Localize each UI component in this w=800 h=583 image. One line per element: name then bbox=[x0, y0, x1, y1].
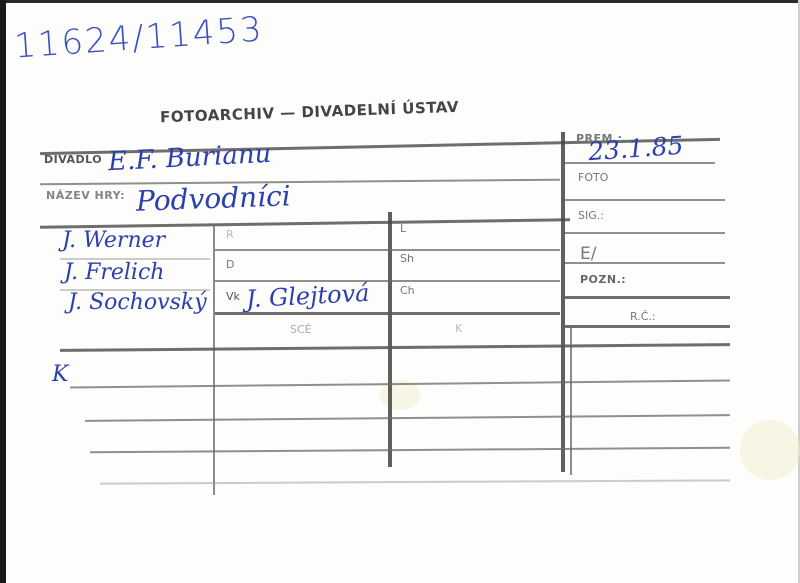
sig-label: SIG.: bbox=[578, 209, 604, 222]
credit-3: J. Sochovský bbox=[68, 290, 207, 315]
rule bbox=[215, 280, 560, 282]
rule bbox=[100, 479, 730, 484]
rule bbox=[565, 262, 725, 264]
rule bbox=[565, 232, 725, 234]
inventory-number: 11624/11453 bbox=[13, 9, 265, 66]
rok-label: R.Č.: bbox=[630, 310, 656, 323]
credit-1: J. Werner bbox=[62, 228, 165, 253]
rule bbox=[215, 249, 560, 251]
scan-edge-top bbox=[0, 0, 800, 3]
premiera-value: 23.1.85 bbox=[587, 131, 684, 167]
paper-stain bbox=[740, 420, 800, 480]
right-box-border bbox=[561, 132, 565, 472]
grid-label-vk: Vk bbox=[226, 290, 240, 303]
rule bbox=[40, 179, 560, 186]
vk-value: J. Glejtová bbox=[245, 279, 370, 313]
grid-divider-left bbox=[213, 225, 215, 495]
rule bbox=[565, 162, 715, 164]
grid-divider-right bbox=[570, 325, 572, 475]
divadlo-value: E.F. Burianu bbox=[107, 139, 272, 178]
grid-label-d: D bbox=[226, 258, 234, 271]
rule bbox=[565, 199, 725, 201]
grid-label-ch: Ch bbox=[400, 284, 415, 297]
e-label: E/ bbox=[580, 244, 596, 264]
rule bbox=[565, 296, 730, 299]
rule bbox=[85, 414, 730, 422]
foto-label: FOTO bbox=[578, 171, 608, 184]
grid-label-r: R bbox=[226, 228, 234, 241]
nazev-hry-value: Podvodníci bbox=[135, 179, 291, 217]
credit-mark: K bbox=[52, 362, 68, 387]
credit-2: J. Frelich bbox=[64, 260, 164, 285]
rule bbox=[215, 312, 560, 315]
nazev-hry-label: NÁZEV HRY: bbox=[46, 189, 125, 202]
rule bbox=[60, 343, 730, 352]
grid-label-sce: SCÉ bbox=[290, 323, 312, 336]
archive-stamp-header: FOTOARCHIV — DIVADELNÍ ÚSTAV bbox=[160, 98, 459, 126]
grid-label-l: L bbox=[400, 222, 406, 235]
divadlo-label: DIVADLO bbox=[44, 153, 102, 166]
pozn-label: POZN.: bbox=[580, 273, 626, 286]
grid-label-sh: Sh bbox=[400, 252, 414, 265]
rule bbox=[90, 447, 730, 453]
rule bbox=[565, 325, 730, 328]
grid-label-k: K bbox=[455, 322, 462, 335]
scan-edge-left bbox=[0, 0, 6, 583]
